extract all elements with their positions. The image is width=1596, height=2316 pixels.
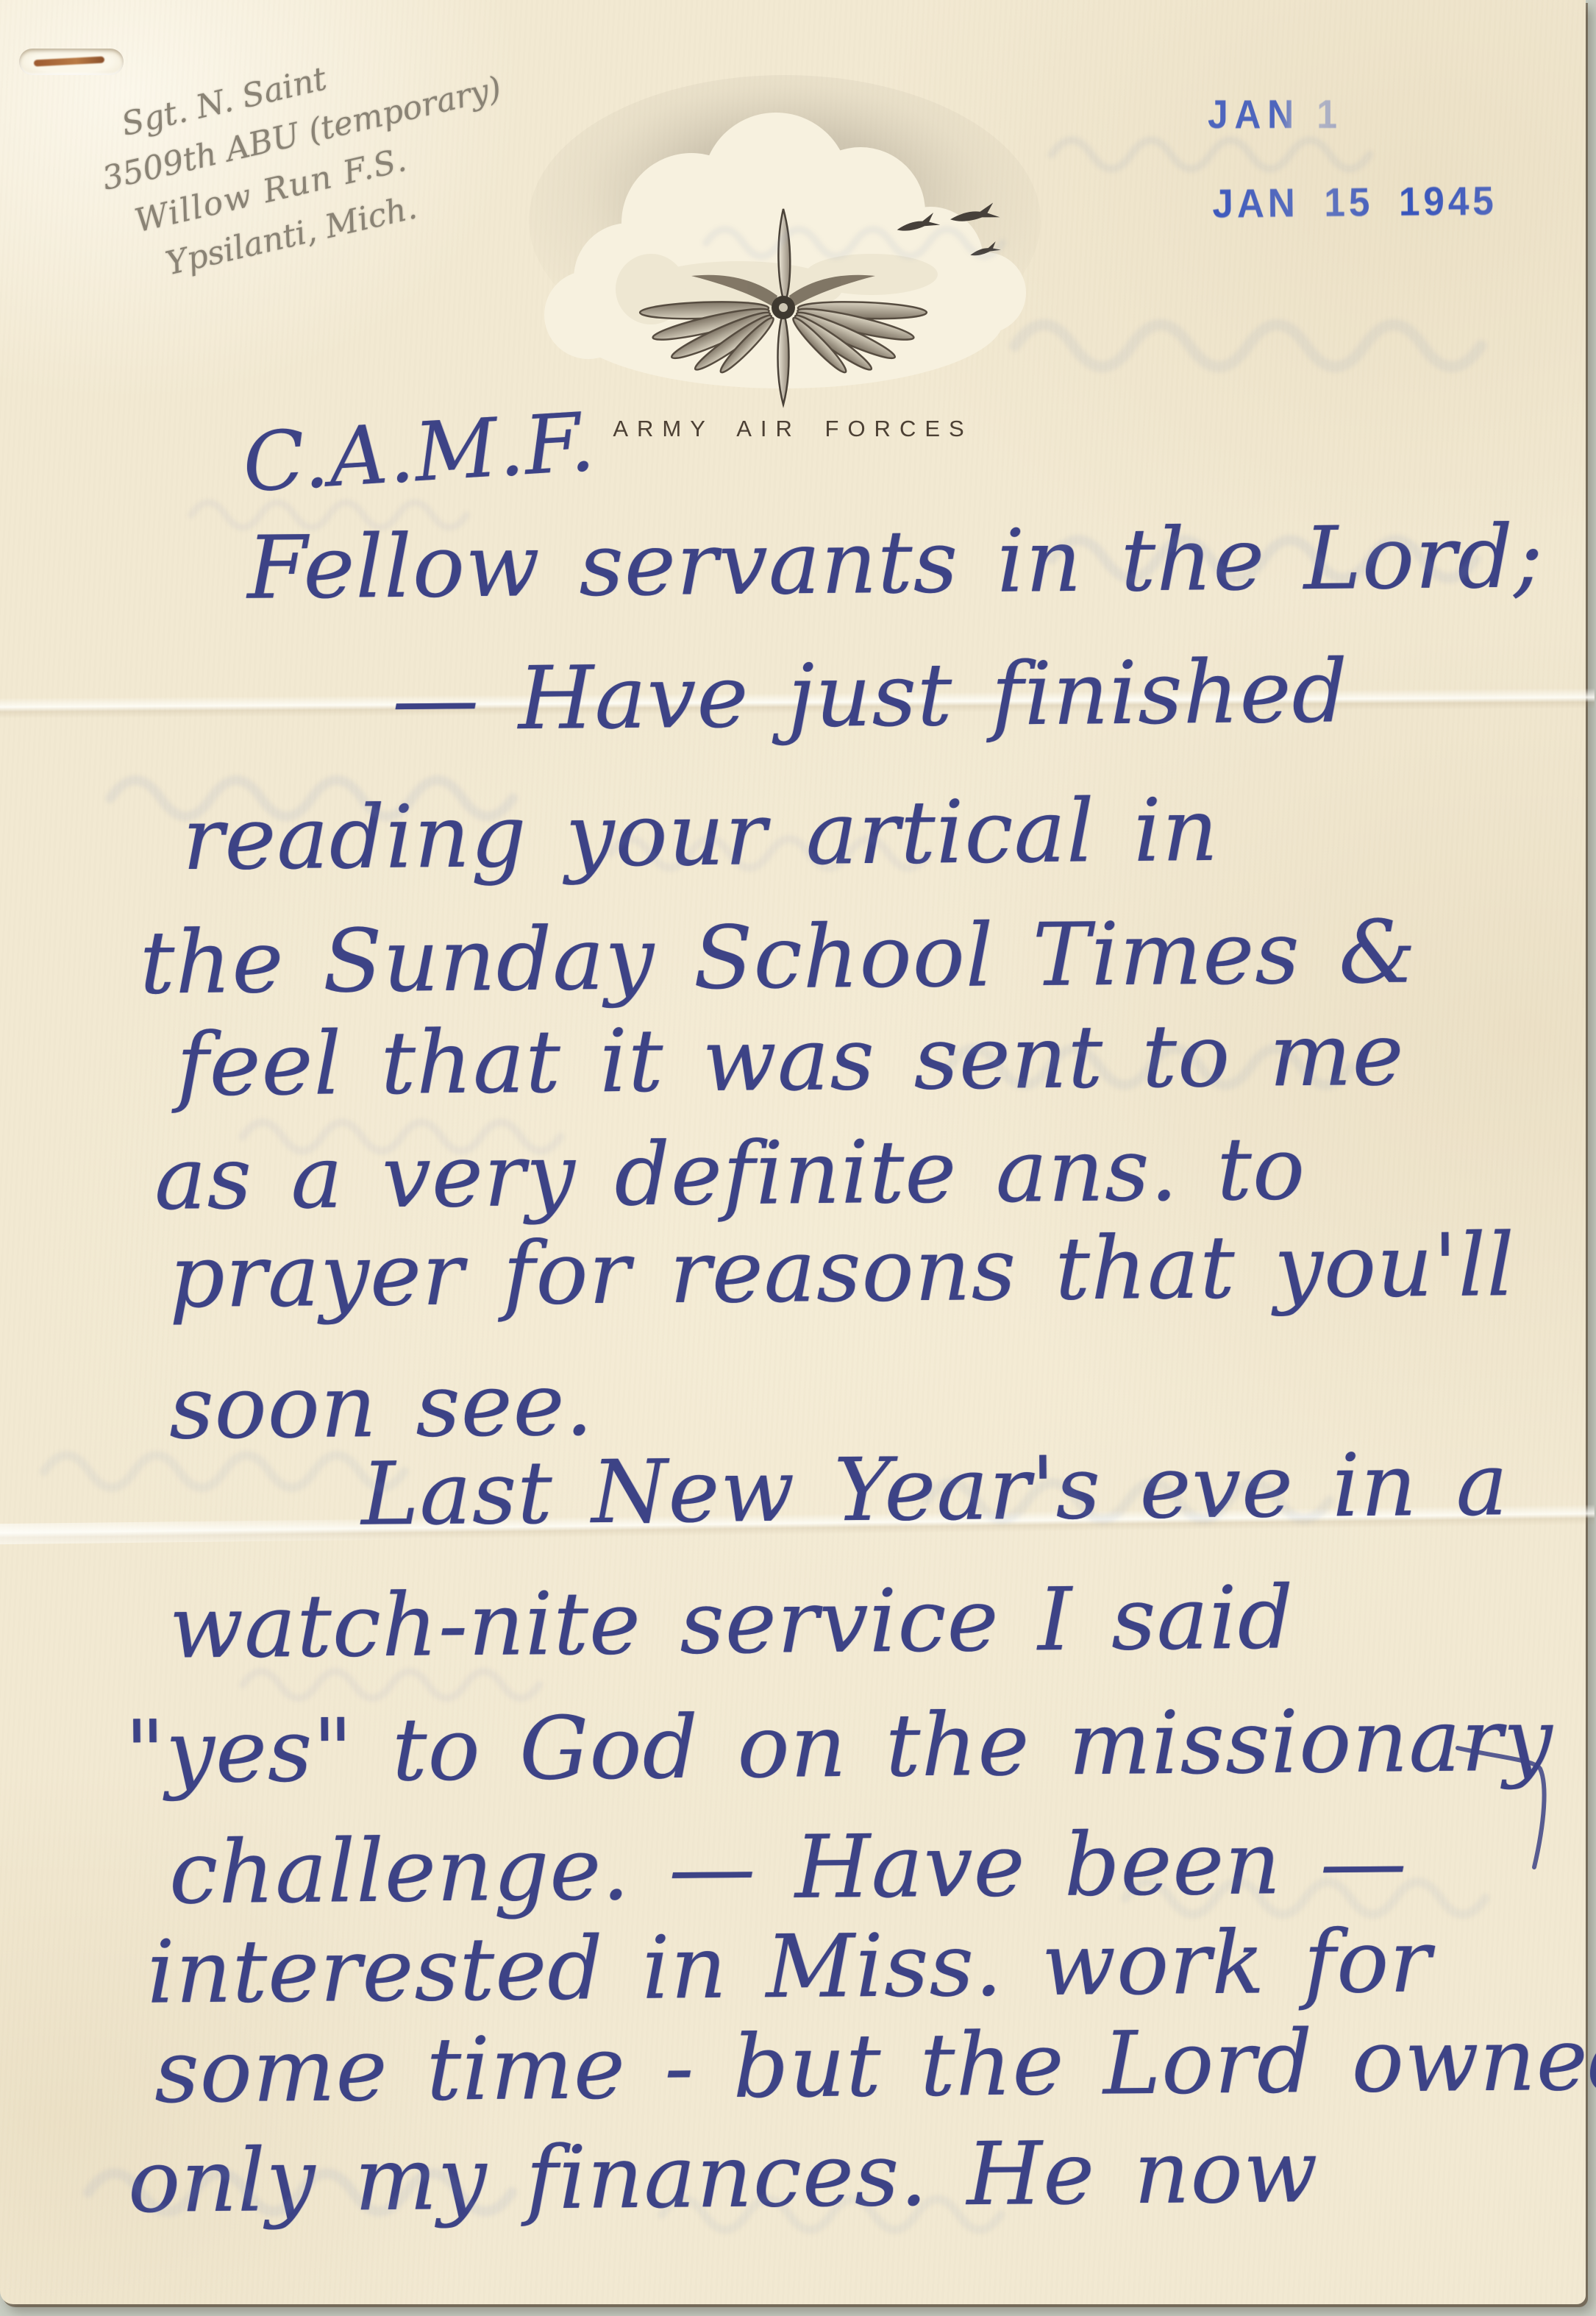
rust-stain xyxy=(34,56,104,66)
staple-mark xyxy=(19,49,124,75)
letter-line-2: — Have just finished xyxy=(391,639,1348,753)
letter-line-4: the Sunday School Times & xyxy=(139,899,1417,1016)
letter-line-5: feel that it was sent to me xyxy=(176,1002,1405,1119)
letter-line-9: Last New Year's eve in a xyxy=(360,1432,1508,1548)
letter-line-6: as a very definite ans. to xyxy=(154,1116,1305,1232)
date-stamp-received: JAN 15 1945 xyxy=(1212,178,1497,227)
letter-line-11: "yes" to God on the missionary xyxy=(124,1688,1553,1806)
letter-page: Sgt. N. Saint 3509th ABU (temporary) Wil… xyxy=(0,0,1586,2304)
letterhead-title: ARMY AIR FORCES xyxy=(613,416,972,442)
scanner-background: Sgt. N. Saint 3509th ABU (temporary) Wil… xyxy=(0,0,1596,2316)
letter-line-12: challenge. — Have been — xyxy=(168,1810,1408,1927)
letter-line-14: some time - but the Lord owned xyxy=(154,2006,1596,2125)
winged-propeller-emblem xyxy=(519,65,1052,414)
letter-line-1: Fellow servants in the Lord; xyxy=(246,504,1544,621)
letter-line-7: prayer for reasons that you'll xyxy=(168,1212,1515,1330)
letter-line-15: only my finances. He now xyxy=(127,2119,1319,2235)
date-stamp-faint: JAN 1 xyxy=(1208,91,1344,138)
letter-line-10: watch-nite service I said xyxy=(168,1565,1294,1680)
return-address-block: Sgt. N. Saint 3509th ABU (temporary) Wil… xyxy=(87,17,528,298)
letter-heading: C.A.M.F. xyxy=(240,392,598,512)
letter-line-13: interested in Miss. work for xyxy=(146,1908,1432,2025)
letter-line-3: reading your artical in xyxy=(182,778,1219,892)
